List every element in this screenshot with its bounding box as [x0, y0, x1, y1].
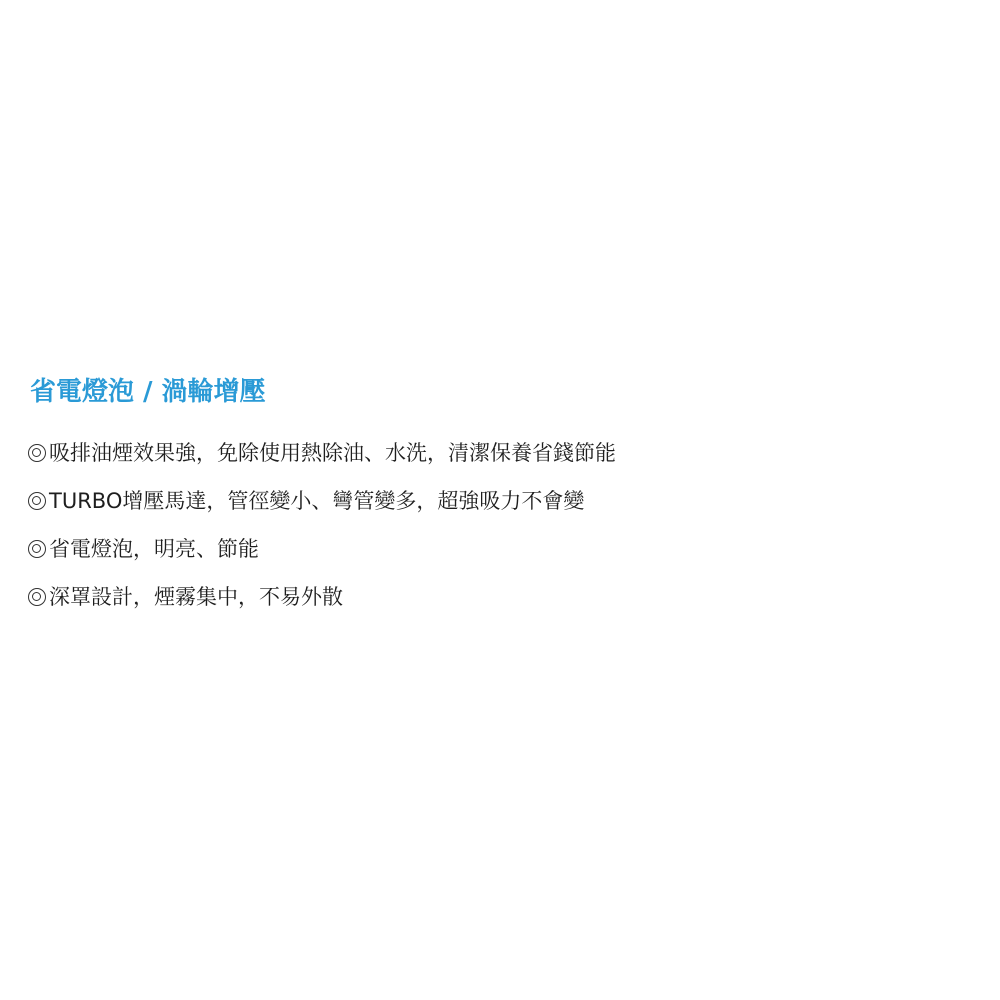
feature-item: 深罩設計，煙霧集中，不易外散 [28, 570, 616, 624]
feature-item: 吸排油煙效果強，免除使用熱除油、水洗，清潔保養省錢節能 [28, 426, 616, 480]
double-circle-icon [28, 588, 46, 606]
feature-list: 吸排油煙效果強，免除使用熱除油、水洗，清潔保養省錢節能 TURBO增壓馬達，管徑… [28, 426, 616, 624]
section-title: 省電燈泡 / 渦輪增壓 [30, 374, 616, 410]
feature-text: 省電燈泡，明亮、節能 [49, 534, 259, 564]
double-circle-icon [28, 492, 46, 510]
feature-text: TURBO增壓馬達，管徑變小、彎管變多，超強吸力不會變 [49, 486, 584, 516]
feature-item: 省電燈泡，明亮、節能 [28, 522, 616, 576]
feature-text: 深罩設計，煙霧集中，不易外散 [49, 582, 343, 612]
feature-section: 省電燈泡 / 渦輪增壓 吸排油煙效果強，免除使用熱除油、水洗，清潔保養省錢節能 … [28, 374, 616, 624]
feature-item: TURBO增壓馬達，管徑變小、彎管變多，超強吸力不會變 [28, 474, 616, 528]
double-circle-icon [28, 444, 46, 462]
double-circle-icon [28, 540, 46, 558]
feature-text: 吸排油煙效果強，免除使用熱除油、水洗，清潔保養省錢節能 [49, 438, 616, 468]
